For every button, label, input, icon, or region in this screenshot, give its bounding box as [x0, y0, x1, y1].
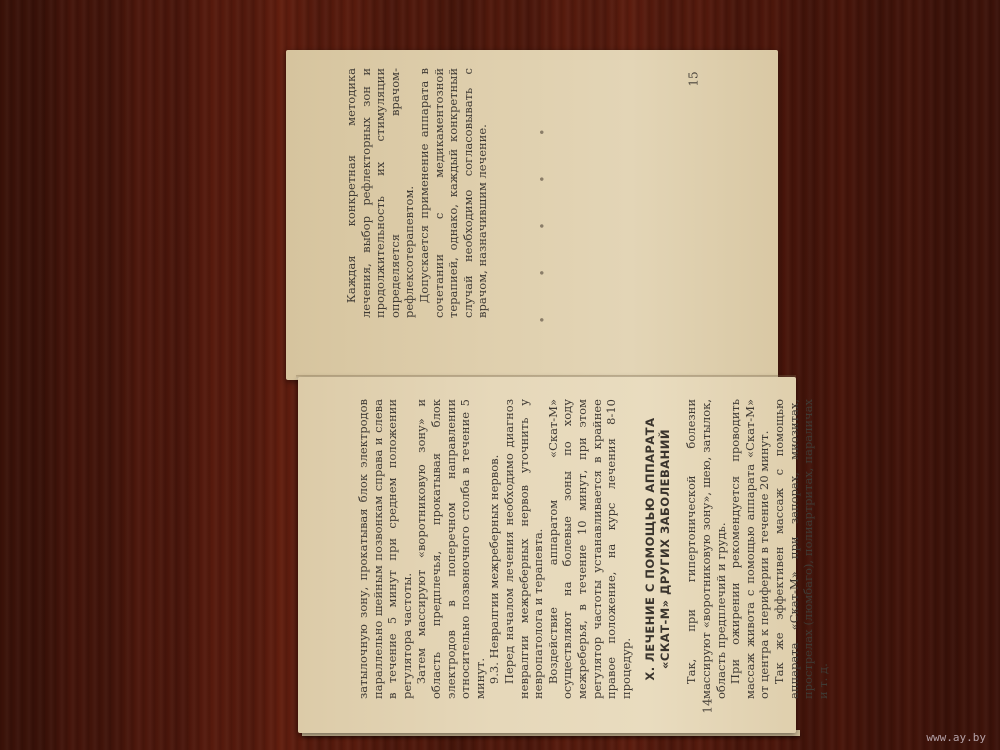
- page-number: 14: [701, 698, 715, 713]
- paragraph: Так, при гипертонической болезни массиру…: [684, 399, 728, 699]
- decorative-dots: • • • • •: [535, 111, 549, 324]
- section-heading-line: «СКАТ-М» ДРУГИХ ЗАБОЛЕВАНИЙ: [658, 399, 673, 699]
- paragraph: Воздействие аппаратом «Скат-М» осуществл…: [546, 399, 634, 699]
- paragraph: Каждая конкретная методика лечения, выбо…: [344, 68, 417, 318]
- page-15-text: Каждая конкретная методика лечения, выбо…: [344, 68, 490, 318]
- page-number: 15: [687, 71, 701, 86]
- paragraph: Перед началом лечения необходимо диагноз…: [502, 399, 546, 699]
- booklet: Каждая конкретная методика лечения, выбо…: [288, 50, 803, 720]
- page-15: Каждая конкретная методика лечения, выбо…: [286, 50, 778, 380]
- page-14-text: затылочную зону, прокатывая блок электро…: [356, 399, 830, 699]
- subsection-title: 9.3. Невралгии межреберных нервов.: [487, 399, 502, 699]
- paragraph: Затем массируют «воротниковую зону» и об…: [414, 399, 487, 699]
- paragraph: затылочную зону, прокатывая блок электро…: [356, 399, 414, 699]
- paragraph: При ожирении рекомендуется проводить мас…: [728, 399, 772, 699]
- watermark: www.ay.by: [926, 731, 986, 744]
- paragraph: Так же эффективен массаж с помощью аппар…: [772, 399, 830, 699]
- section-heading: X. ЛЕЧЕНИЕ С ПОМОЩЬЮ АППАРАТА «СКАТ-М» Д…: [643, 399, 672, 699]
- paragraph: Допускается применение аппарата в сочета…: [417, 68, 490, 318]
- section-heading-line: X. ЛЕЧЕНИЕ С ПОМОЩЬЮ АППАРАТА: [643, 399, 658, 699]
- page-14: затылочную зону, прокатывая блок электро…: [298, 377, 796, 733]
